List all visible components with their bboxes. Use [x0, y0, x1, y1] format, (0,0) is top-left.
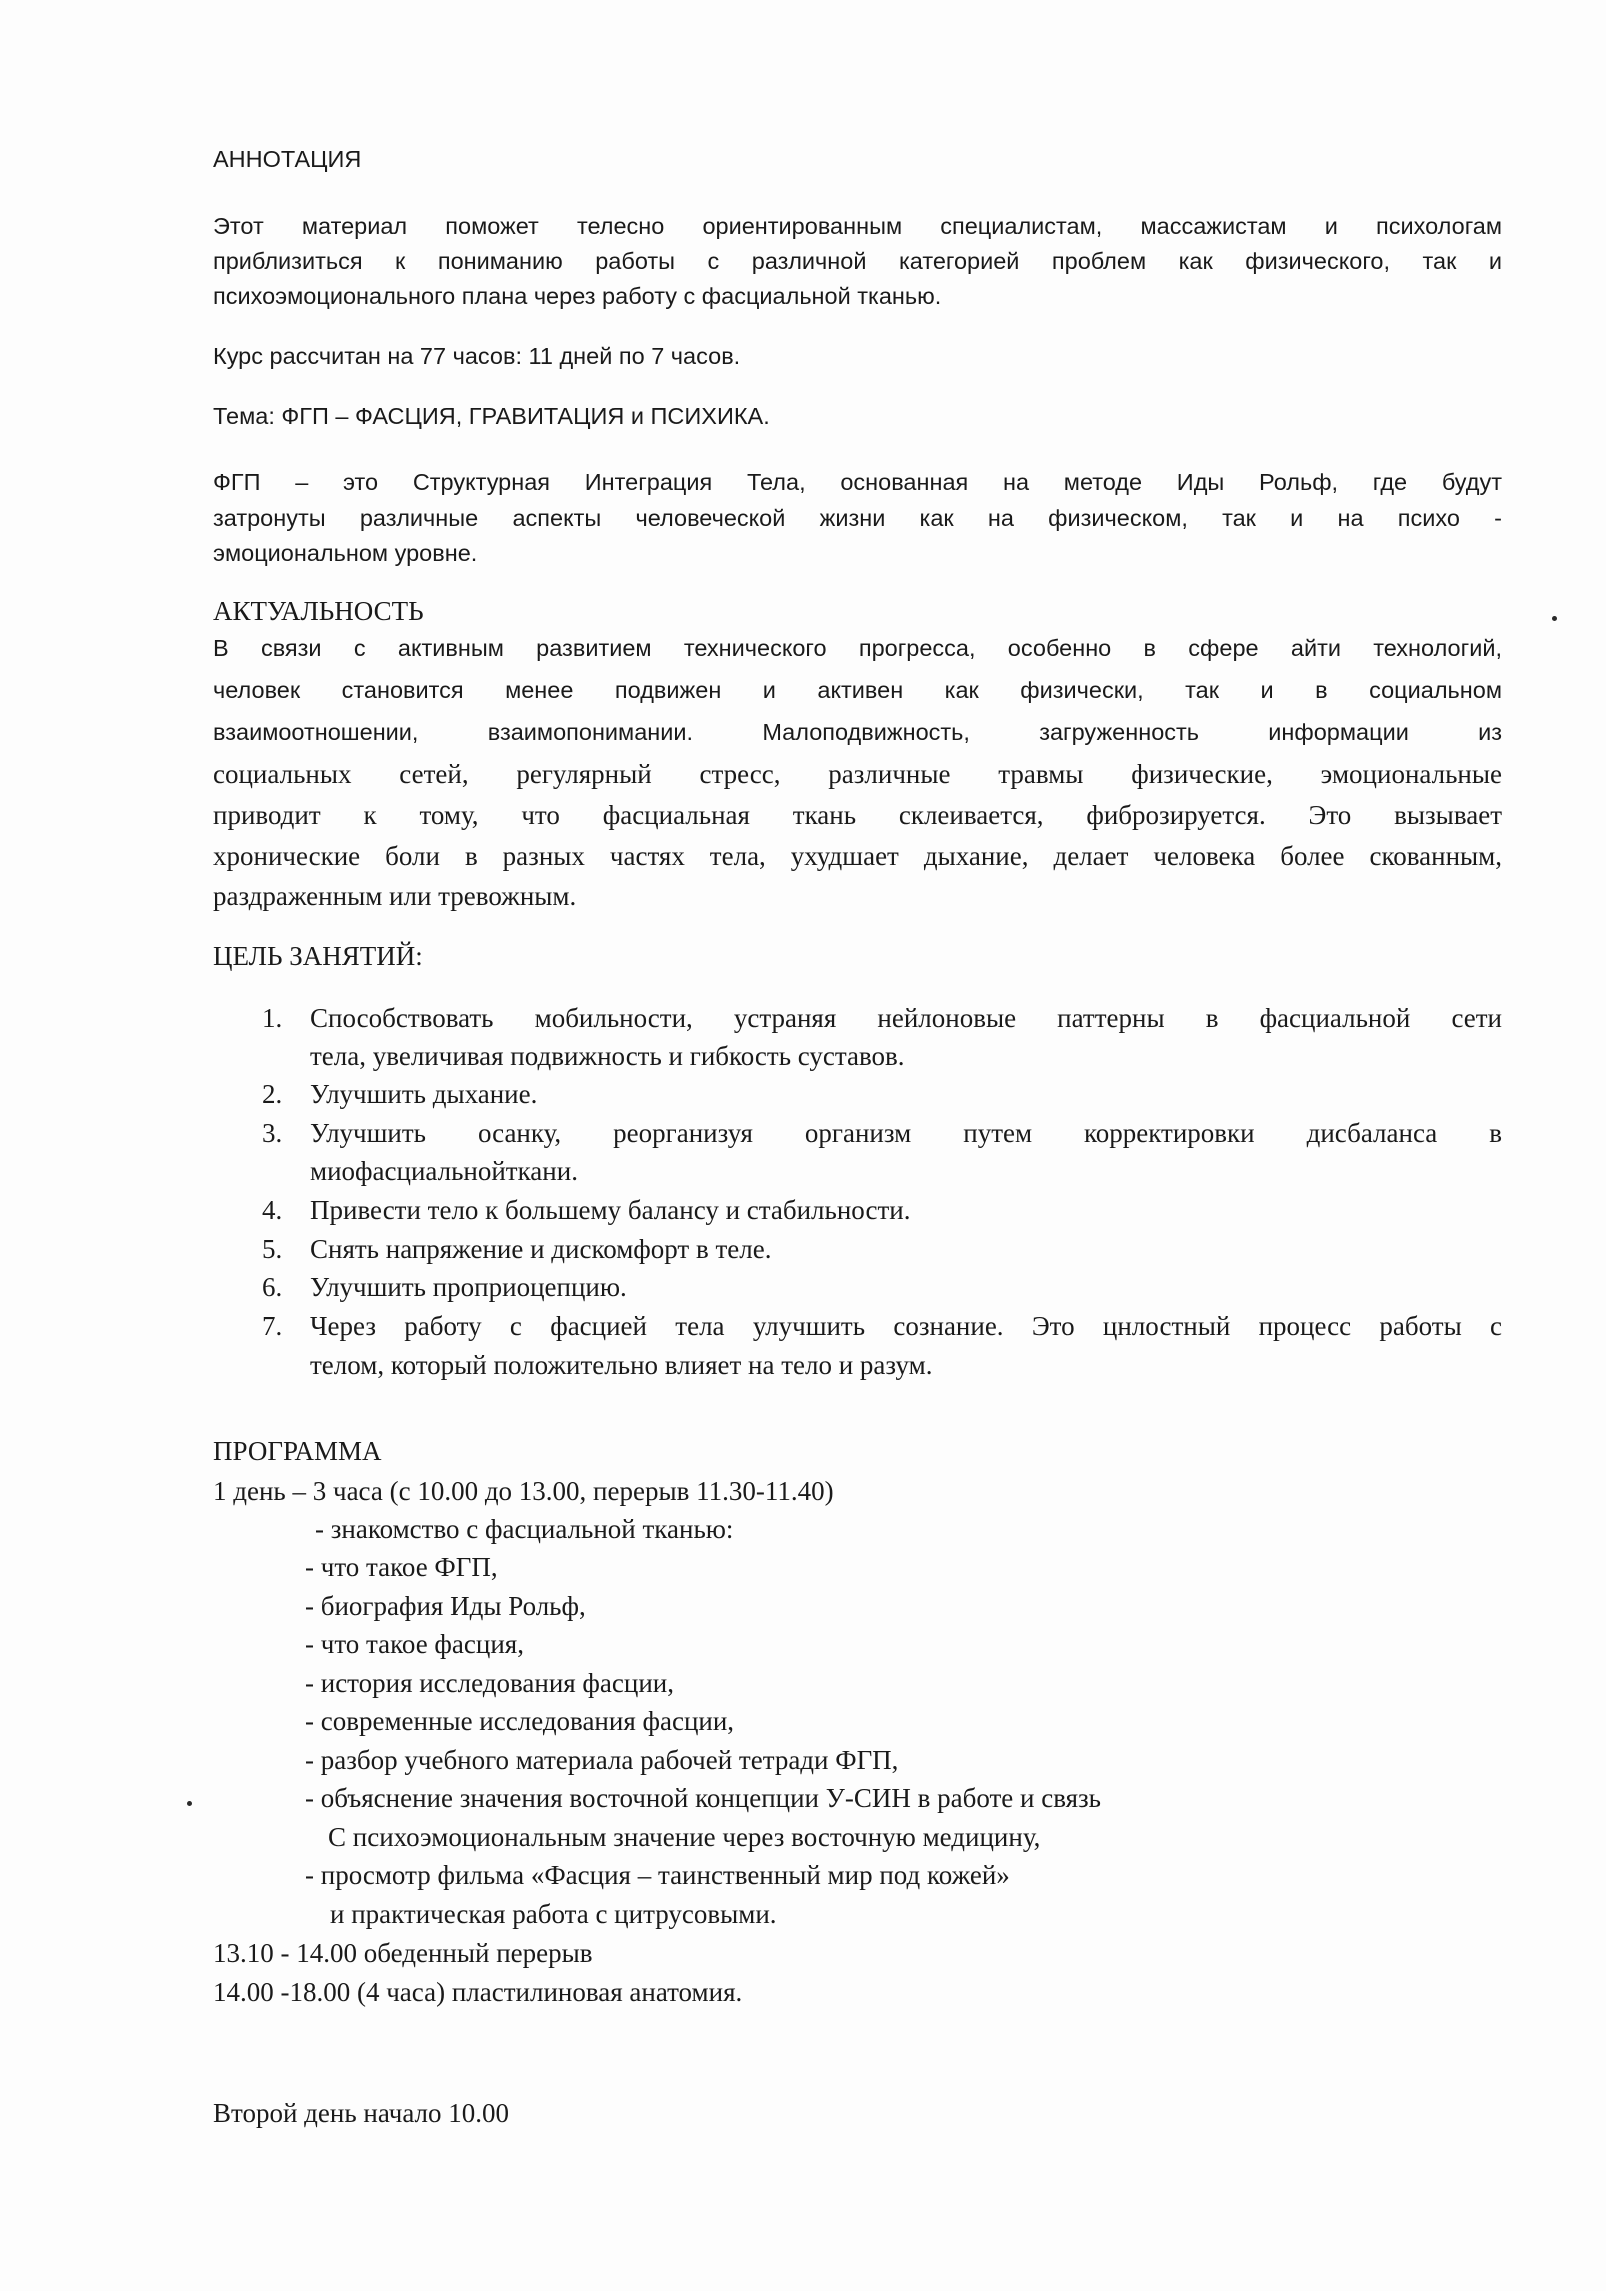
- program-day1-item: - история исследования фасции,: [305, 1668, 674, 1699]
- goal-number-4: 4.: [262, 1195, 282, 1226]
- scanned-page: АННОТАЦИЯ Этот материал поможет телесно …: [0, 0, 1606, 2291]
- goal-number-2: 2.: [262, 1079, 282, 1110]
- goal-3-line-1: Улучшить осанку, реорганизуя организм пу…: [310, 1118, 1502, 1149]
- annotation-intro-line-2: приблизиться к пониманию работы с различ…: [213, 248, 1502, 275]
- goal-number-5: 5.: [262, 1234, 282, 1265]
- fgp-description-line-3: эмоциональном уровне.: [213, 540, 477, 567]
- goal-number-6: 6.: [262, 1272, 282, 1303]
- goal-number-1: 1.: [262, 1003, 282, 1034]
- annotation-intro-line-3: психоэмоционального плана через работу с…: [213, 283, 941, 310]
- goal-4-line-1: Привести тело к большему балансу и стаби…: [310, 1195, 910, 1226]
- scan-speck: [187, 1801, 192, 1806]
- program-day1-item-continuation: и практическая работа с цитрусовыми.: [330, 1899, 777, 1930]
- goal-1-line-1: Способствовать мобильности, устраняя ней…: [310, 1003, 1502, 1034]
- goal-6-line-1: Улучшить проприоцепцию.: [310, 1272, 627, 1303]
- relevance-line-3: взаимоотношении, взаимопонимании. Малопо…: [213, 719, 1502, 746]
- annotation-heading: АННОТАЦИЯ: [213, 146, 361, 173]
- relevance-line-6: хронические боли в разных частях тела, у…: [213, 841, 1502, 872]
- course-theme: Тема: ФГП – ФАСЦИЯ, ГРАВИТАЦИЯ и ПСИХИКА…: [213, 403, 770, 430]
- goal-7-line-2: телом, который положительно влияет на те…: [310, 1350, 933, 1381]
- fgp-description-line-1: ФГП – это Структурная Интеграция Тела, о…: [213, 469, 1502, 496]
- relevance-line-1: В связи с активным развитием техническог…: [213, 635, 1502, 662]
- goal-number-3: 3.: [262, 1118, 282, 1149]
- relevance-line-7: раздраженным или тревожным.: [213, 881, 576, 912]
- relevance-heading: АКТУАЛЬНОСТЬ: [213, 596, 424, 627]
- course-length: Курс рассчитан на 77 часов: 11 дней по 7…: [213, 343, 740, 370]
- program-afternoon-session: 14.00 -18.00 (4 часа) пластилиновая анат…: [213, 1977, 742, 2008]
- program-lunch-break: 13.10 - 14.00 обеденный перерыв: [213, 1938, 593, 1969]
- relevance-line-5: приводит к тому, что фасциальная ткань с…: [213, 800, 1502, 831]
- goal-5-line-1: Снять напряжение и дискомфорт в теле.: [310, 1234, 771, 1265]
- relevance-line-4: социальных сетей, регулярный стресс, раз…: [213, 759, 1502, 790]
- relevance-line-2: человек становится менее подвижен и акти…: [213, 677, 1502, 704]
- goal-1-line-2: тела, увеличивая подвижность и гибкость …: [310, 1041, 905, 1072]
- program-day1-item: - разбор учебного материала рабочей тетр…: [305, 1745, 898, 1776]
- program-heading: ПРОГРАММА: [213, 1436, 382, 1467]
- goal-number-7: 7.: [262, 1311, 282, 1342]
- program-day1-item: - знакомство с фасциальной тканью:: [315, 1514, 733, 1545]
- program-day1-item: - объяснение значения восточной концепци…: [305, 1783, 1101, 1814]
- goal-2-line-1: Улучшить дыхание.: [310, 1079, 537, 1110]
- annotation-intro-line-1: Этот материал поможет телесно ориентиров…: [213, 213, 1502, 240]
- goals-heading: ЦЕЛЬ ЗАНЯТИЙ:: [213, 941, 423, 972]
- program-day1-item: - современные исследования фасции,: [305, 1706, 734, 1737]
- program-day1-item: - биография Иды Рольф,: [305, 1591, 586, 1622]
- program-day1-item: - что такое ФГП,: [305, 1552, 498, 1583]
- program-day1-header: 1 день – 3 часа (с 10.00 до 13.00, перер…: [213, 1476, 834, 1507]
- goal-3-line-2: миофасциальнойткани.: [310, 1156, 578, 1187]
- program-day2-start: Второй день начало 10.00: [213, 2098, 509, 2129]
- fgp-description-line-2: затронуты различные аспекты человеческой…: [213, 505, 1502, 532]
- program-day1-item-continuation: С психоэмоциональным значение через вост…: [328, 1822, 1040, 1853]
- scan-speck: [1552, 616, 1557, 621]
- goal-7-line-1: Через работу с фасцией тела улучшить соз…: [310, 1311, 1502, 1342]
- program-day1-item: - что такое фасция,: [305, 1629, 524, 1660]
- program-day1-item: - просмотр фильма «Фасция – таинственный…: [305, 1860, 1010, 1891]
